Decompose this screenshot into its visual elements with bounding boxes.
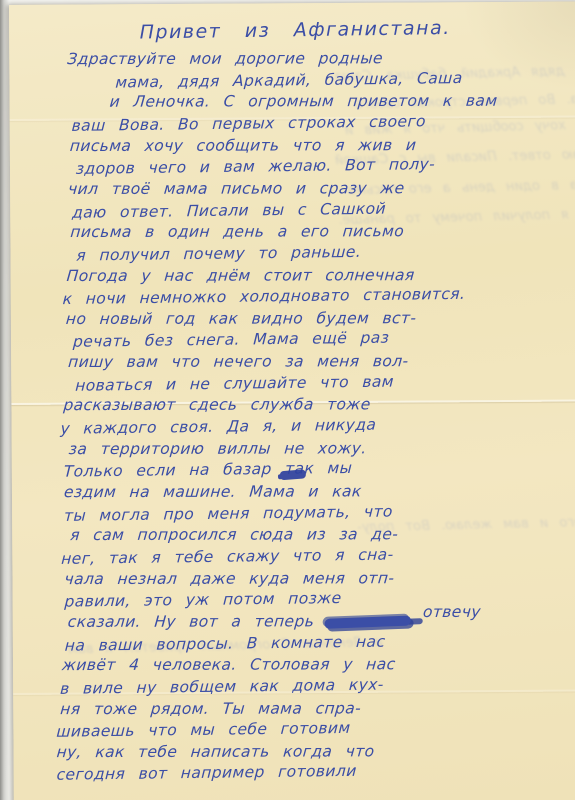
letter-line: Только если на базар так мы [63,459,353,481]
scan-background: мама, дядя Аркадий, бабушка, Сашаваш Вов… [0,0,575,800]
letter-line: в виле ну вобщем как дома кух- [60,675,385,697]
letter-line: пишу вам что нечего за меня вол- [67,352,409,371]
letter-line: речать без снега. Мама ещё раз [72,329,389,351]
letter-line: сегодня вот например готовили [56,762,357,784]
letter-line: нег, так я тебе скажу что я сна- [61,545,394,567]
letter-line: ня тоже рядом. Ты мама спра- [60,699,362,718]
letter-line: равили, это уж потом позже [64,589,342,611]
letter-line: у каждого своя. Да я, и никуда [60,416,377,438]
letter-line: я получил почему то раньше. [76,243,362,265]
letter-line: сказали. Ну вот а теперьотвечу [67,612,481,631]
letter-line: к ночи немножко холодновато становится. [62,285,466,308]
letter-line: новаться и не слушайте что вам [75,372,395,394]
letter-line: ты могла про меня подумать, что [64,502,394,524]
inserted-word: отвечу [422,603,481,621]
letter-line: ваш Вова. Во первых строках своего [71,112,426,135]
letter-line: Здраствуйте мои дорогие родные [67,49,384,68]
letter-paper: мама, дядя Аркадий, бабушка, Сашаваш Вов… [9,2,575,800]
letter-line: чил твоё мама письмо и сразу же [67,179,405,198]
letter-line: ну, как тебе написать когда что [56,742,375,761]
letter-line: ездим на машине. Мама и как [63,482,362,501]
letter-line: и Леночка. С огромным приветом к вам [109,92,498,111]
letter-line-text: сказали. Ну вот а теперь [67,612,315,631]
letter-line: за территорию виллы не хожу. [68,439,368,458]
letter-line: но новый год как видно будем вст- [65,309,417,328]
letter-line: здоров чего и вам желаю. Вот полу- [75,155,435,178]
letter-line: Погода у нас днём стоит солнечная [66,266,415,285]
letter-line: живёт 4 человека. Столовая у нас [61,655,396,674]
ink-blot [280,469,307,480]
letter-line: даю ответ. Писали вы с Сашкой [72,199,387,221]
letter-line: я сам попросился сюда из за де- [70,525,400,544]
letter-line: мама, дядя Аркадий, бабушка, Саша [115,69,463,92]
letter-line: чала незнал даже куда меня отп- [64,569,395,588]
ink-scribble [324,615,411,628]
letter-line: письма в один день а его письмо [70,222,405,241]
letter-line: расказывают сдесь служба тоже [63,396,372,415]
letter-line: на ваши вопросы. В комнате нас [64,632,386,654]
letter-line: письма хочу сообщить что я жив и [69,136,417,155]
letter-line: шиваешь что мы себе готовим [56,719,351,741]
